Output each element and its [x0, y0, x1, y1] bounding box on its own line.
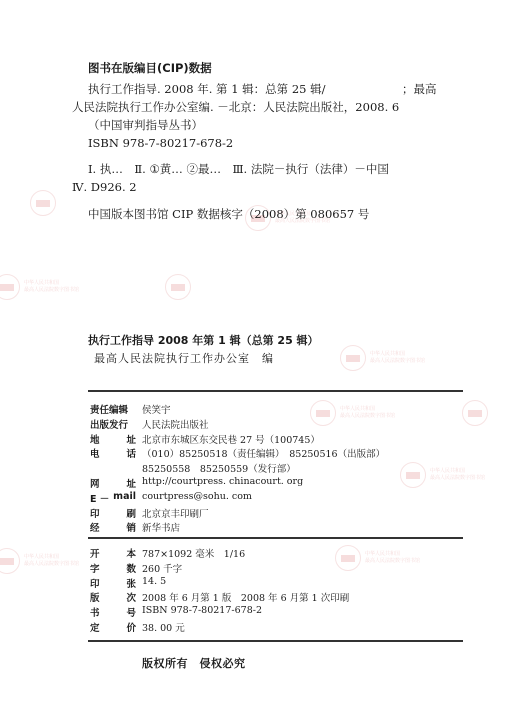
- watermark: 中华人民共和国最高人民法院数字图书馆: [0, 274, 79, 300]
- row-label: 定价: [90, 620, 136, 634]
- row-label: [90, 461, 136, 475]
- row-value: 787×1092 毫米 1/16: [142, 546, 245, 560]
- row-label: 开本: [90, 546, 136, 560]
- row-label-part: 电: [90, 446, 100, 460]
- row-value: 侯笑宇: [142, 402, 171, 416]
- row-label-part: 印: [90, 576, 100, 590]
- row-label: 出版发行: [90, 417, 136, 431]
- publishing-row: 85250558 85250559（发行部）: [90, 461, 296, 475]
- row-label: 经销: [90, 520, 136, 534]
- row-label: E －mail: [90, 491, 136, 505]
- row-label-part: 网: [90, 476, 100, 490]
- watermark: 中华人民共和国最高人民法院数字图书馆: [400, 462, 485, 488]
- row-label: 责任编辑: [90, 402, 136, 416]
- cip-number: 中国版本图书馆 CIP 数据核字（2008）第 080657 号: [88, 205, 369, 223]
- row-value: （010）85250518（责任编辑） 85250516（出版部）: [142, 446, 385, 460]
- row-label: 网址: [90, 476, 136, 490]
- specs-row: 开本787×1092 毫米 1/16: [90, 546, 245, 560]
- cip-isbn: ISBN 978-7-80217-678-2: [88, 134, 233, 152]
- copyright-notice: 版权所有 侵权必究: [142, 655, 246, 671]
- row-label-part: 印: [90, 506, 100, 520]
- specs-row: 定价38. 00 元: [90, 620, 185, 634]
- row-label-part: 次: [126, 590, 136, 604]
- row-label: 印张: [90, 576, 136, 590]
- watermark-text: 最高人民法院数字图书馆: [24, 287, 79, 294]
- cip-classification-1: Ⅰ. 执… Ⅱ. ①黄… ②最… Ⅲ. 法院－执行（法律）－中国: [88, 160, 389, 178]
- book-editor: 最高人民法院执行工作办公室 编: [94, 350, 274, 366]
- specs-row: 版次2008 年 6 月第 1 版 2008 年 6 月第 1 次印刷: [90, 590, 349, 604]
- row-label-part: 销: [126, 520, 136, 534]
- specs-row: 字数260 千字: [90, 561, 182, 575]
- watermark-text: 最高人民法院数字图书馆: [430, 475, 485, 482]
- row-label-part: 号: [126, 605, 136, 619]
- row-label-part: 出版发行: [90, 417, 128, 431]
- row-label-part: 张: [126, 576, 136, 590]
- row-value: 38. 00 元: [142, 620, 185, 634]
- row-value: ISBN 978-7-80217-678-2: [142, 605, 262, 619]
- court-seal-icon: [0, 274, 20, 300]
- row-value: 14. 5: [142, 576, 166, 590]
- watermark-text: 最高人民法院数字图书馆: [370, 358, 425, 365]
- row-label-part: 经: [90, 520, 100, 534]
- watermark: 中华人民共和国最高人民法院数字图书馆: [340, 345, 425, 371]
- row-label-part: 址: [126, 432, 136, 446]
- watermark-text: 中华人民共和国: [365, 551, 420, 558]
- publishing-row: 电话（010）85250518（责任编辑） 85250516（出版部）: [90, 446, 385, 460]
- divider: [88, 640, 463, 642]
- row-label-part: 书: [90, 605, 100, 619]
- cip-line-1-tail: ；最高: [402, 80, 437, 98]
- watermark-text: 中华人民共和国: [430, 468, 485, 475]
- book-title: 执行工作指导 2008 年第 1 辑（总第 25 辑）: [88, 332, 319, 348]
- row-label: 字数: [90, 561, 136, 575]
- watermark: [462, 400, 488, 426]
- court-seal-icon: [340, 345, 366, 371]
- watermark-text: 中华人民共和国: [24, 280, 79, 287]
- cip-line-1: 执行工作指导. 2008 年. 第 1 辑：总第 25 辑/: [88, 80, 326, 98]
- row-label-part: 字: [90, 561, 100, 575]
- watermark-text: 最高人民法院数字图书馆: [24, 561, 79, 568]
- court-seal-icon: [335, 545, 361, 571]
- row-value: 北京市东城区东交民巷 27 号（100745）: [142, 432, 320, 446]
- watermark: 中华人民共和国最高人民法院数字图书馆: [0, 548, 79, 574]
- row-value: 新华书店: [142, 520, 180, 534]
- publishing-row: E －mailcourtpress@sohu. com: [90, 491, 252, 505]
- court-seal-icon: [30, 190, 56, 216]
- row-value: 2008 年 6 月第 1 版 2008 年 6 月第 1 次印刷: [142, 590, 349, 604]
- cip-title: 图书在版编目(CIP)数据: [88, 60, 212, 76]
- row-label-part: 本: [126, 546, 136, 560]
- court-seal-icon: [0, 548, 20, 574]
- row-label-part: 刷: [126, 506, 136, 520]
- publishing-row: 印刷北京京丰印刷厂: [90, 506, 209, 520]
- watermark-text: 中华人民共和国: [340, 406, 395, 413]
- row-label: 书号: [90, 605, 136, 619]
- watermark: [30, 190, 56, 216]
- row-label: 印刷: [90, 506, 136, 520]
- row-label-part: 责任编辑: [90, 402, 128, 416]
- watermark-text: 最高人民法院数字图书馆: [365, 558, 420, 565]
- watermark: 中华人民共和国最高人民法院数字图书馆: [310, 400, 395, 426]
- cip-line-2: 人民法院执行工作办公室编. －北京：人民法院出版社，2008. 6: [72, 98, 399, 116]
- publishing-row: 网址http://courtpress. chinacourt. org: [90, 476, 303, 490]
- watermark-text: 中华人民共和国: [24, 554, 79, 561]
- publishing-row: 经销新华书店: [90, 520, 180, 534]
- divider: [88, 537, 463, 539]
- court-seal-icon: [310, 400, 336, 426]
- watermark-text: 最高人民法院数字图书馆: [340, 413, 395, 420]
- specs-row: 印张14. 5: [90, 576, 166, 590]
- watermark: [165, 274, 191, 300]
- court-seal-icon: [462, 400, 488, 426]
- row-label-part: E －: [90, 491, 109, 505]
- court-seal-icon: [400, 462, 426, 488]
- row-value: courtpress@sohu. com: [142, 491, 252, 505]
- publishing-row: 出版发行人民法院出版社: [90, 417, 209, 431]
- court-seal-icon: [165, 274, 191, 300]
- row-label: 电话: [90, 446, 136, 460]
- specs-row: 书号ISBN 978-7-80217-678-2: [90, 605, 262, 619]
- cip-series: （中国审判指导丛书）: [88, 116, 203, 134]
- row-label-part: 价: [126, 620, 136, 634]
- row-label-part: 话: [126, 446, 136, 460]
- row-value: 260 千字: [142, 561, 182, 575]
- row-value: http://courtpress. chinacourt. org: [142, 476, 303, 490]
- row-label-part: 定: [90, 620, 100, 634]
- row-label: 版次: [90, 590, 136, 604]
- row-value: 北京京丰印刷厂: [142, 506, 209, 520]
- row-label-part: 地: [90, 432, 100, 446]
- row-label-part: mail: [113, 491, 136, 505]
- cip-classification-2: Ⅳ. D926. 2: [72, 178, 137, 196]
- row-label-part: 址: [126, 476, 136, 490]
- row-label-part: 数: [126, 561, 136, 575]
- divider: [88, 390, 463, 392]
- row-label: 地址: [90, 432, 136, 446]
- watermark-text: 中华人民共和国: [370, 351, 425, 358]
- watermark: 中华人民共和国最高人民法院数字图书馆: [335, 545, 420, 571]
- row-value: 人民法院出版社: [142, 417, 209, 431]
- row-value: 85250558 85250559（发行部）: [142, 461, 296, 475]
- row-label-part: 版: [90, 590, 100, 604]
- row-label-part: 开: [90, 546, 100, 560]
- publishing-row: 责任编辑侯笑宇: [90, 402, 171, 416]
- publishing-row: 地址北京市东城区东交民巷 27 号（100745）: [90, 432, 320, 446]
